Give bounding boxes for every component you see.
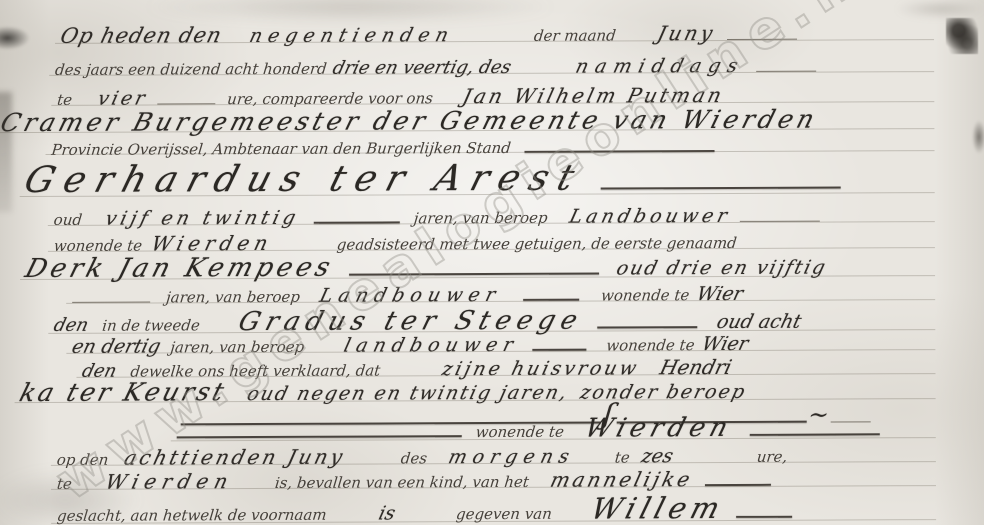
printed-text: te (614, 448, 631, 466)
handwritten-entry: oud acht (714, 311, 803, 333)
printed-text: oud (53, 211, 83, 229)
handwritten-entry: mannelijke (548, 467, 695, 492)
record-line-9: Derk Jan Kempeesoud drie en vijftig (26, 250, 935, 284)
printed-text: is, bevallen van een kind, van het (274, 473, 530, 492)
handwritten-entry: Willem (587, 491, 728, 525)
handwritten-entry: zes (639, 445, 675, 467)
printed-text: ure, compareerde voor ons (226, 89, 433, 108)
handwritten-entry: Wier (700, 333, 751, 355)
handwritten-entry: Derk Jan Kempees (22, 253, 338, 284)
printed-text: wonende te (53, 237, 143, 255)
handwritten-entry: Wierden (582, 413, 737, 444)
printed-text: wonende te (600, 286, 690, 304)
blank-rule (532, 348, 586, 351)
blank-rule (705, 483, 771, 486)
printed-text: des jaars een duizend acht honderd (54, 60, 327, 79)
printed-text: des (400, 449, 428, 467)
handwritten-entry: Landbouwer (567, 205, 733, 228)
printed-text: geslacht, aan hetwelk de voornaam (56, 506, 327, 525)
printed-text: ure, (756, 448, 788, 466)
blank-rule (757, 70, 817, 72)
handwritten-entry: is (376, 502, 397, 524)
handwritten-entry: Wier (694, 283, 745, 305)
record-line-19: geslacht, aan hetwelk de voornaamisgegev… (57, 490, 936, 525)
printed-text: wonende te (605, 336, 695, 354)
printed-text: Provincie Overijssel, Ambtenaar van den … (51, 139, 512, 159)
record-line-16: wonende teWierden (177, 412, 936, 445)
printed-text: der maand (533, 26, 617, 44)
printed-text: in de tweede (101, 316, 200, 334)
handwritten-entry: vier (95, 87, 150, 109)
handwritten-entry: vijf en twintig (103, 207, 302, 230)
handwritten-entry: den (52, 315, 91, 336)
handwritten-entry: drie en veertig, des (330, 57, 513, 79)
printed-text: jaren, van beroep (165, 288, 301, 307)
blank-rule (597, 325, 697, 328)
handwritten-entry: en dertig (70, 335, 163, 357)
document-scan: Op heden dennegentiendender maandJunydes… (0, 0, 984, 525)
handwritten-entry: oud drie en vijftig (614, 257, 829, 280)
blank-rule (157, 102, 215, 104)
blank-rule (740, 220, 820, 222)
handwritten-entry: Wierden (149, 231, 275, 256)
handwritten-entry: morgens (446, 446, 577, 469)
blank-rule (72, 300, 150, 302)
printed-text: te (56, 91, 73, 109)
printed-text: gegeven van (456, 505, 554, 523)
record-line-5: Provincie Overijssel, Ambtenaar van den … (51, 136, 934, 159)
blank-rule (736, 515, 792, 518)
record-line-4: Cramer Burgemeester der Gemeente van Wie… (1, 104, 934, 137)
handwritten-entry: Op heden den (58, 23, 225, 48)
record-line-2: des jaars een duizend acht honderddrie e… (55, 54, 934, 80)
blank-rule (523, 298, 579, 301)
handwritten-entry: landbouwer (341, 334, 521, 357)
blank-rule (177, 434, 462, 438)
blank-rule (314, 220, 400, 223)
blank-rule (601, 185, 841, 189)
handwritten-entry: negentienden (247, 24, 456, 47)
blank-rule (750, 432, 880, 436)
printed-text: wonende te (475, 423, 565, 441)
